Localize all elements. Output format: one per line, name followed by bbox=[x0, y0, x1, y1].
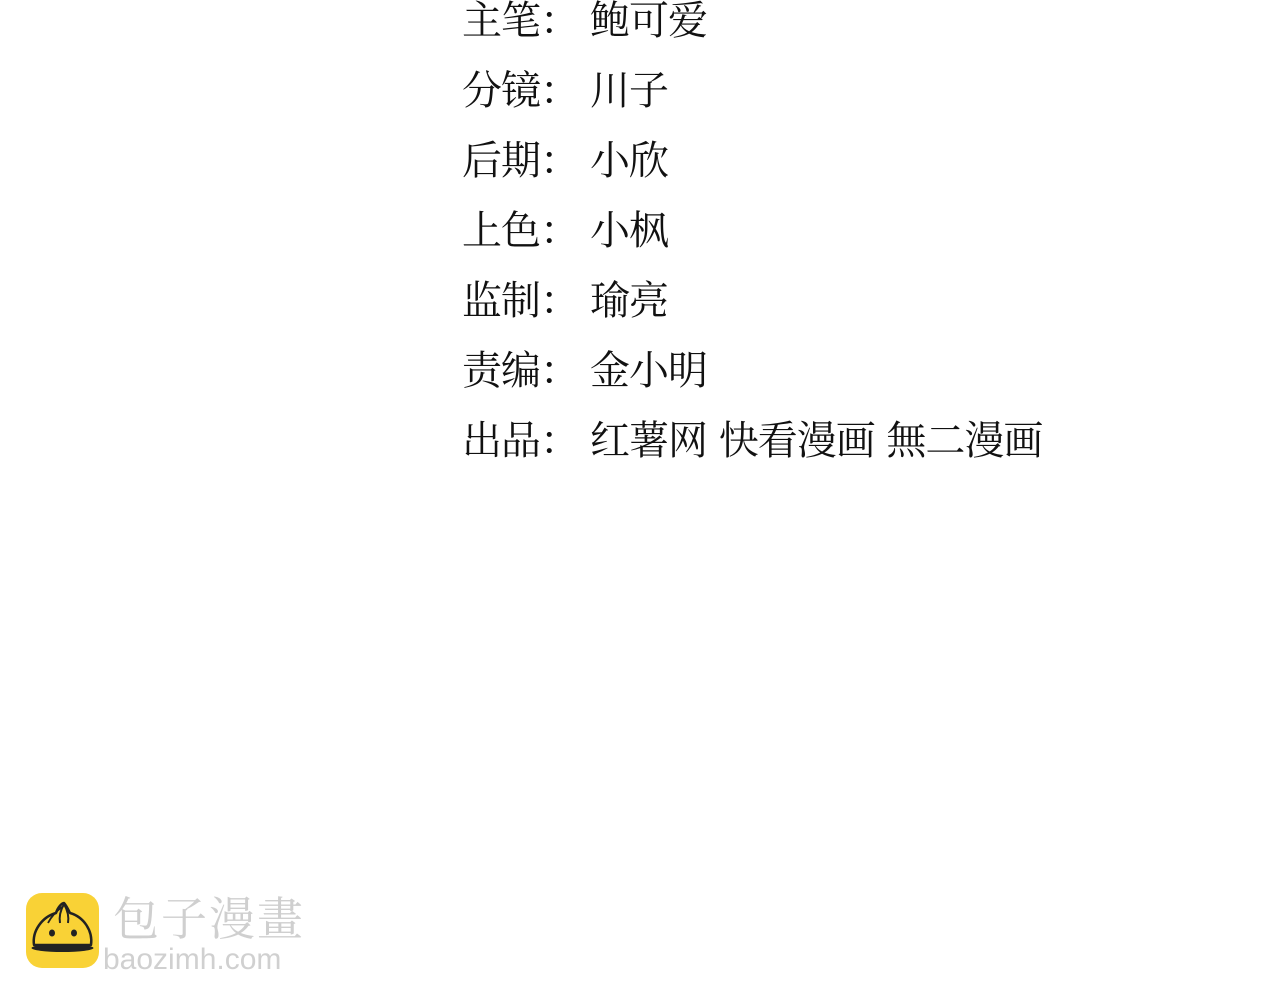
credit-label: 责编： bbox=[462, 339, 590, 396]
credit-value: 川子 bbox=[590, 59, 668, 116]
credit-row-postproduction: 后期： 小欣 bbox=[462, 122, 1042, 192]
watermark-title: 包子漫畫 bbox=[113, 893, 305, 945]
credit-value: 鲍可爱 bbox=[590, 0, 707, 46]
credit-value: 红薯网 快看漫画 無二漫画 bbox=[590, 409, 1042, 466]
credit-label: 分镜： bbox=[462, 59, 590, 116]
credit-value: 小枫 bbox=[590, 199, 668, 256]
credit-value: 小欣 bbox=[590, 129, 668, 186]
credit-value: 瑜亮 bbox=[590, 269, 668, 326]
credit-row-storyboard: 分镜： 川子 bbox=[462, 52, 1042, 122]
credit-label: 上色： bbox=[462, 199, 590, 256]
credit-label: 监制： bbox=[462, 269, 590, 326]
credit-row-artist: 主笔： 鲍可爱 bbox=[462, 0, 1042, 52]
credit-row-publisher: 出品： 红薯网 快看漫画 無二漫画 bbox=[462, 402, 1042, 472]
credit-label: 主笔： bbox=[462, 0, 590, 46]
credit-row-coloring: 上色： 小枫 bbox=[462, 192, 1042, 262]
baozi-bun-icon bbox=[26, 893, 99, 968]
credits-list: 主笔： 鲍可爱 分镜： 川子 后期： 小欣 上色： 小枫 监制： 瑜亮 责编： … bbox=[462, 0, 1042, 472]
watermark: 包子漫畫 baozimh.com bbox=[26, 893, 305, 975]
credit-row-editor: 责编： 金小明 bbox=[462, 332, 1042, 402]
credit-label: 出品： bbox=[462, 409, 590, 466]
credit-row-supervisor: 监制： 瑜亮 bbox=[462, 262, 1042, 332]
watermark-text: 包子漫畫 baozimh.com bbox=[109, 893, 305, 975]
watermark-domain: baozimh.com bbox=[103, 945, 305, 975]
credit-label: 后期： bbox=[462, 129, 590, 186]
credit-value: 金小明 bbox=[590, 339, 707, 396]
